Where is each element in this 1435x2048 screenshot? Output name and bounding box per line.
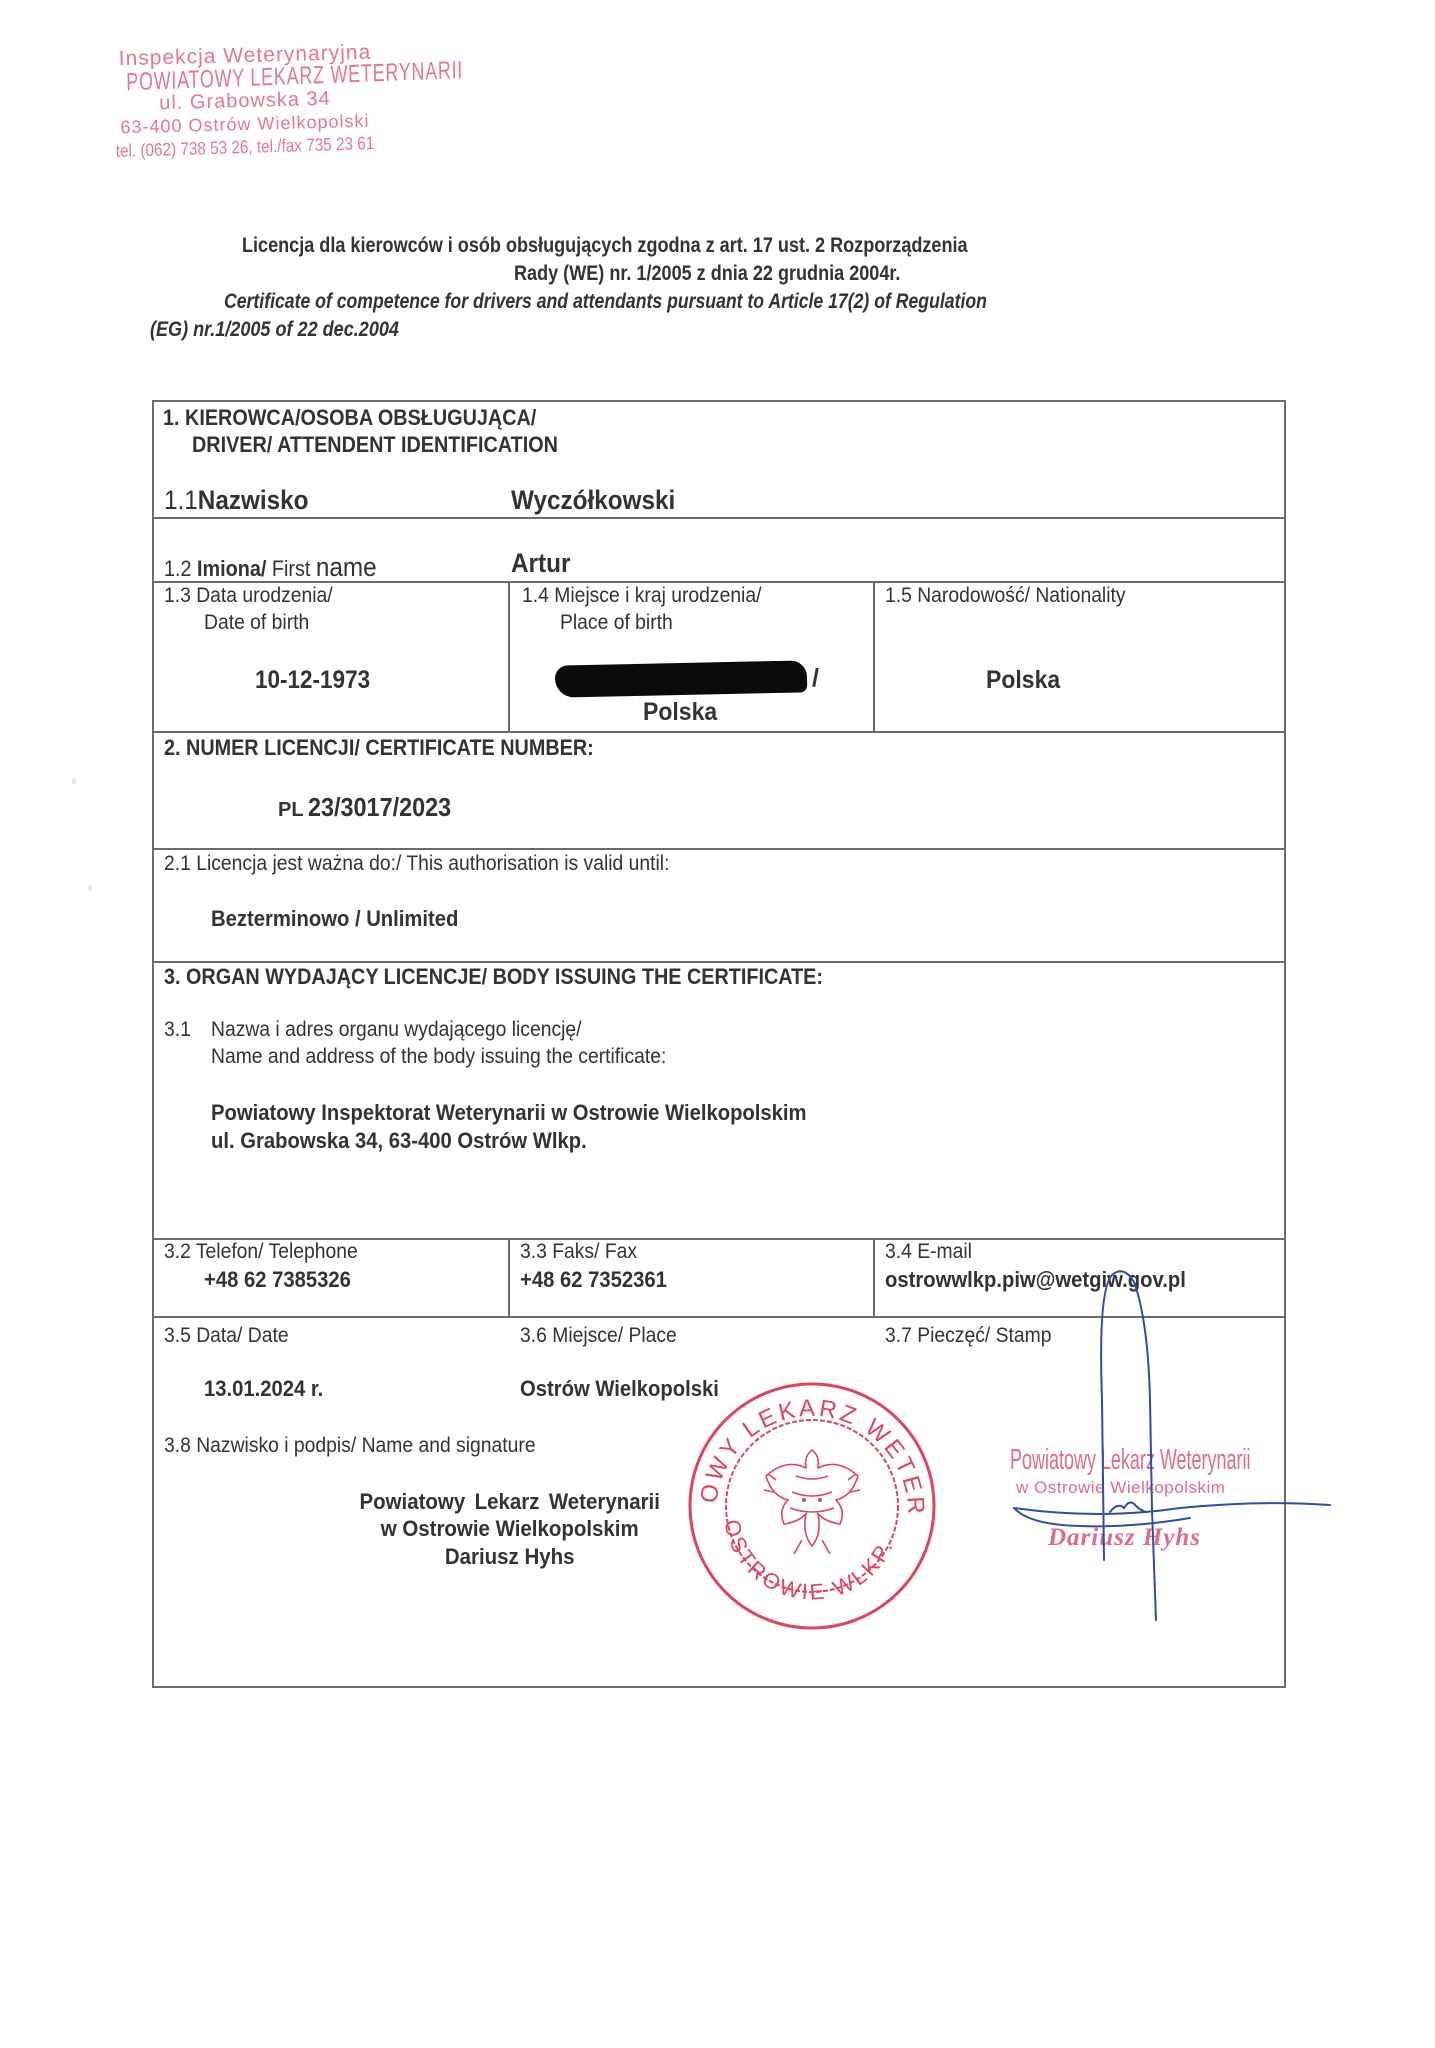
handwritten-signature-icon xyxy=(0,0,1435,2048)
